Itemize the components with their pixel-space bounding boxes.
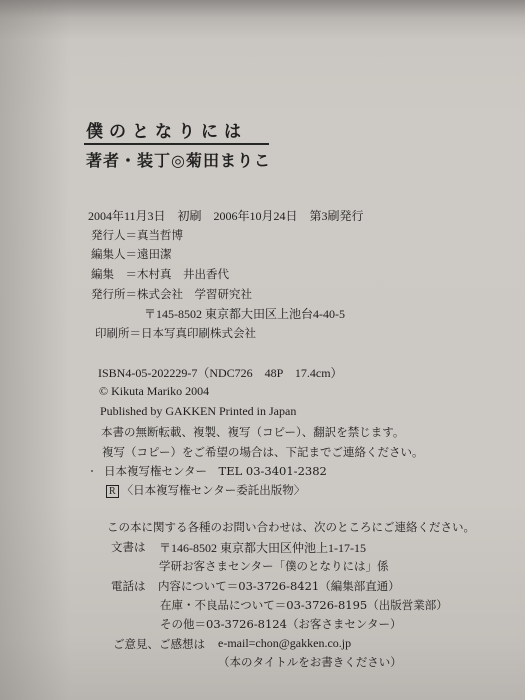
- isbn-line: ISBN4-05-202229-7（NDC726 48P 17.4cm）: [98, 364, 343, 381]
- copy-request-notice: 複写（コピー）をご希望の場合は、下記までご連絡ください。: [102, 444, 424, 460]
- printer: 印刷所＝日本写真印刷株式会社: [95, 325, 256, 341]
- feedback-email: e-mail=chon@gakken.co.jp: [218, 636, 351, 651]
- chief-editor: 編集人＝遠田潔: [91, 246, 172, 262]
- author-line: 著者・装丁◎菊田まりこ: [86, 148, 271, 171]
- letters-address: 〒146-8502 東京都大田区仲池上1-17-15: [159, 539, 366, 556]
- phone-label: 電話は: [111, 578, 146, 594]
- jrrc-contact: 日本複写権センター TEL 03-3401-2382: [104, 463, 327, 479]
- letters-department: 学研お客さまセンター「僕のとなりには」係: [159, 558, 389, 574]
- print-speck: [91, 470, 93, 472]
- phone-content-inquiries: 内容について＝03-3726-8421（編集部直通）: [158, 578, 400, 594]
- publishing-house: 発行所＝株式会社 学習研究社: [91, 286, 252, 302]
- feedback-label: ご意見、ご感想は: [113, 636, 205, 652]
- title-divider: [84, 143, 269, 145]
- letters-label: 文書は: [111, 539, 146, 555]
- copyright-line: © Kikuta Mariko 2004: [99, 384, 209, 399]
- phone-stock-inquiries: 在庫・不良品について＝03-3726-8195（出版営業部）: [160, 597, 448, 613]
- reproduction-notice: 本書の無断転載、複製、複写（コピー）、翻訳を禁じます。: [101, 424, 404, 440]
- page-shadow: [0, 0, 70, 700]
- feedback-note: （本のタイトルをお書きください）: [218, 654, 402, 670]
- phone-other-inquiries: その他＝03-3726-8124（お客さまセンター）: [160, 616, 401, 632]
- edition-line: 2004年11月3日 初刷 2006年10月24日 第3刷発行: [88, 207, 364, 224]
- book-title: 僕のとなりには: [86, 117, 247, 142]
- published-by-line: Published by GAKKEN Printed in Japan: [100, 404, 296, 419]
- jrrc-note: 〈日本複写権センター委託出版物〉: [122, 483, 306, 497]
- contact-intro: この本に関する各種のお問い合わせは、次のところにご連絡ください。: [107, 519, 475, 535]
- colophon-page: 僕のとなりには 著者・装丁◎菊田まりこ 2004年11月3日 初刷 2006年1…: [0, 0, 525, 700]
- publisher-person: 発行人＝真当哲博: [91, 227, 183, 243]
- publisher-address: 〒145-8502 東京都大田区上池台4-40-5: [144, 305, 345, 322]
- editors: 編集 ＝木村真 井出香代: [91, 266, 229, 282]
- r-mark-icon: R: [106, 485, 119, 498]
- jrrc-entrusted-line: R〈日本複写権センター委託出版物〉: [106, 482, 305, 498]
